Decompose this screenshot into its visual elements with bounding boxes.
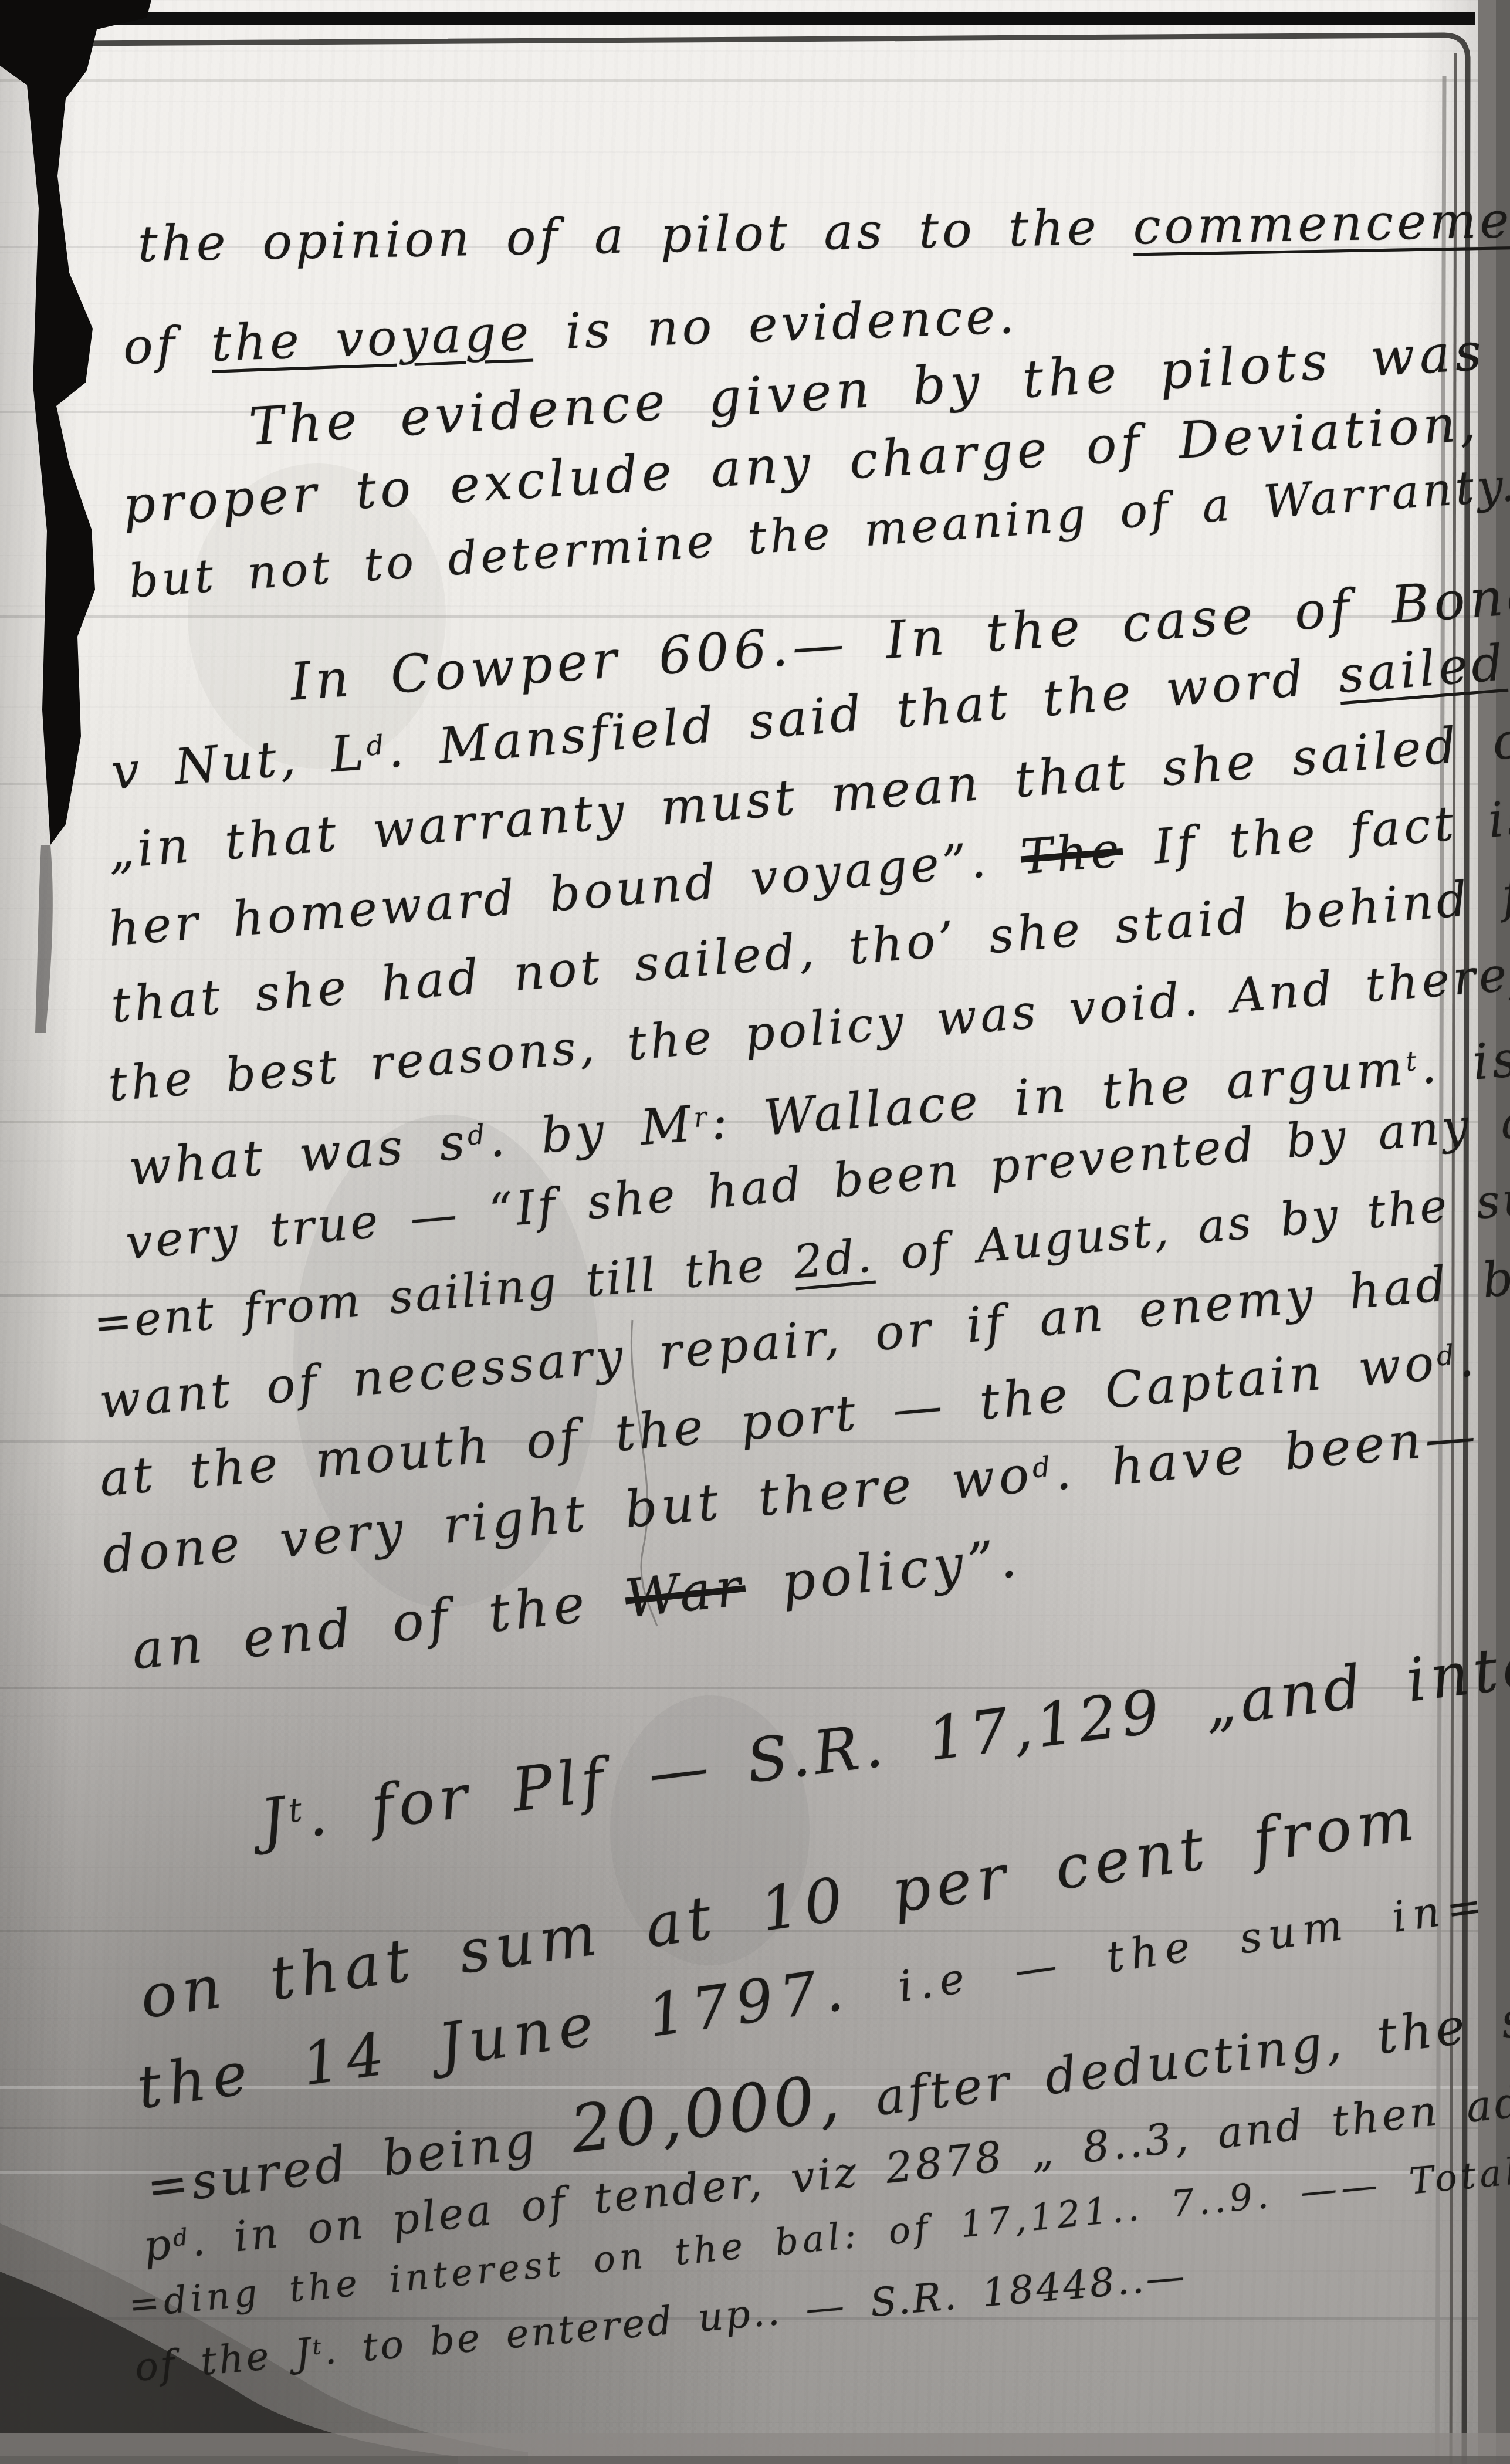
line-text: . by M [486,1095,696,1168]
underlined-text: sailed [1336,634,1508,704]
underlined-text: commencement [1133,190,1510,255]
line-text: of [122,315,212,375]
superscript-text: d [1031,1451,1055,1485]
line-text: what was s [127,1113,470,1197]
struck-text: The [1018,822,1125,885]
struck-text: War [622,1556,749,1630]
line-text: p [141,2219,177,2271]
line-text: policy”. [742,1527,1024,1617]
line-text: . is [1418,1030,1510,1095]
underlined-text: 2d. [791,1230,876,1289]
superscript-text: d [1435,1339,1458,1372]
line-text: v Nut, L [109,723,369,801]
line-text: an end of the [129,1569,629,1682]
manuscript-line: the opinion of a pilot as to the commenc… [137,192,1510,271]
line-text: . have— [1455,1311,1510,1389]
underlined-text: the voyage [211,304,533,373]
scanned-manuscript-page: the opinion of a pilot as to the commenc… [0,0,1510,2464]
line-text: the opinion of a pilot as to the [137,198,1133,273]
superscript-text: d [365,729,388,762]
handwriting-layer: the opinion of a pilot as to the commenc… [0,0,1510,2464]
line-text: is no evidence. [531,287,1019,361]
line-text: If the fact is. [1120,788,1510,878]
superscript-text: d [466,1118,490,1152]
line-text: of the J [133,2330,315,2390]
line-text: . have been— [1052,1406,1482,1502]
